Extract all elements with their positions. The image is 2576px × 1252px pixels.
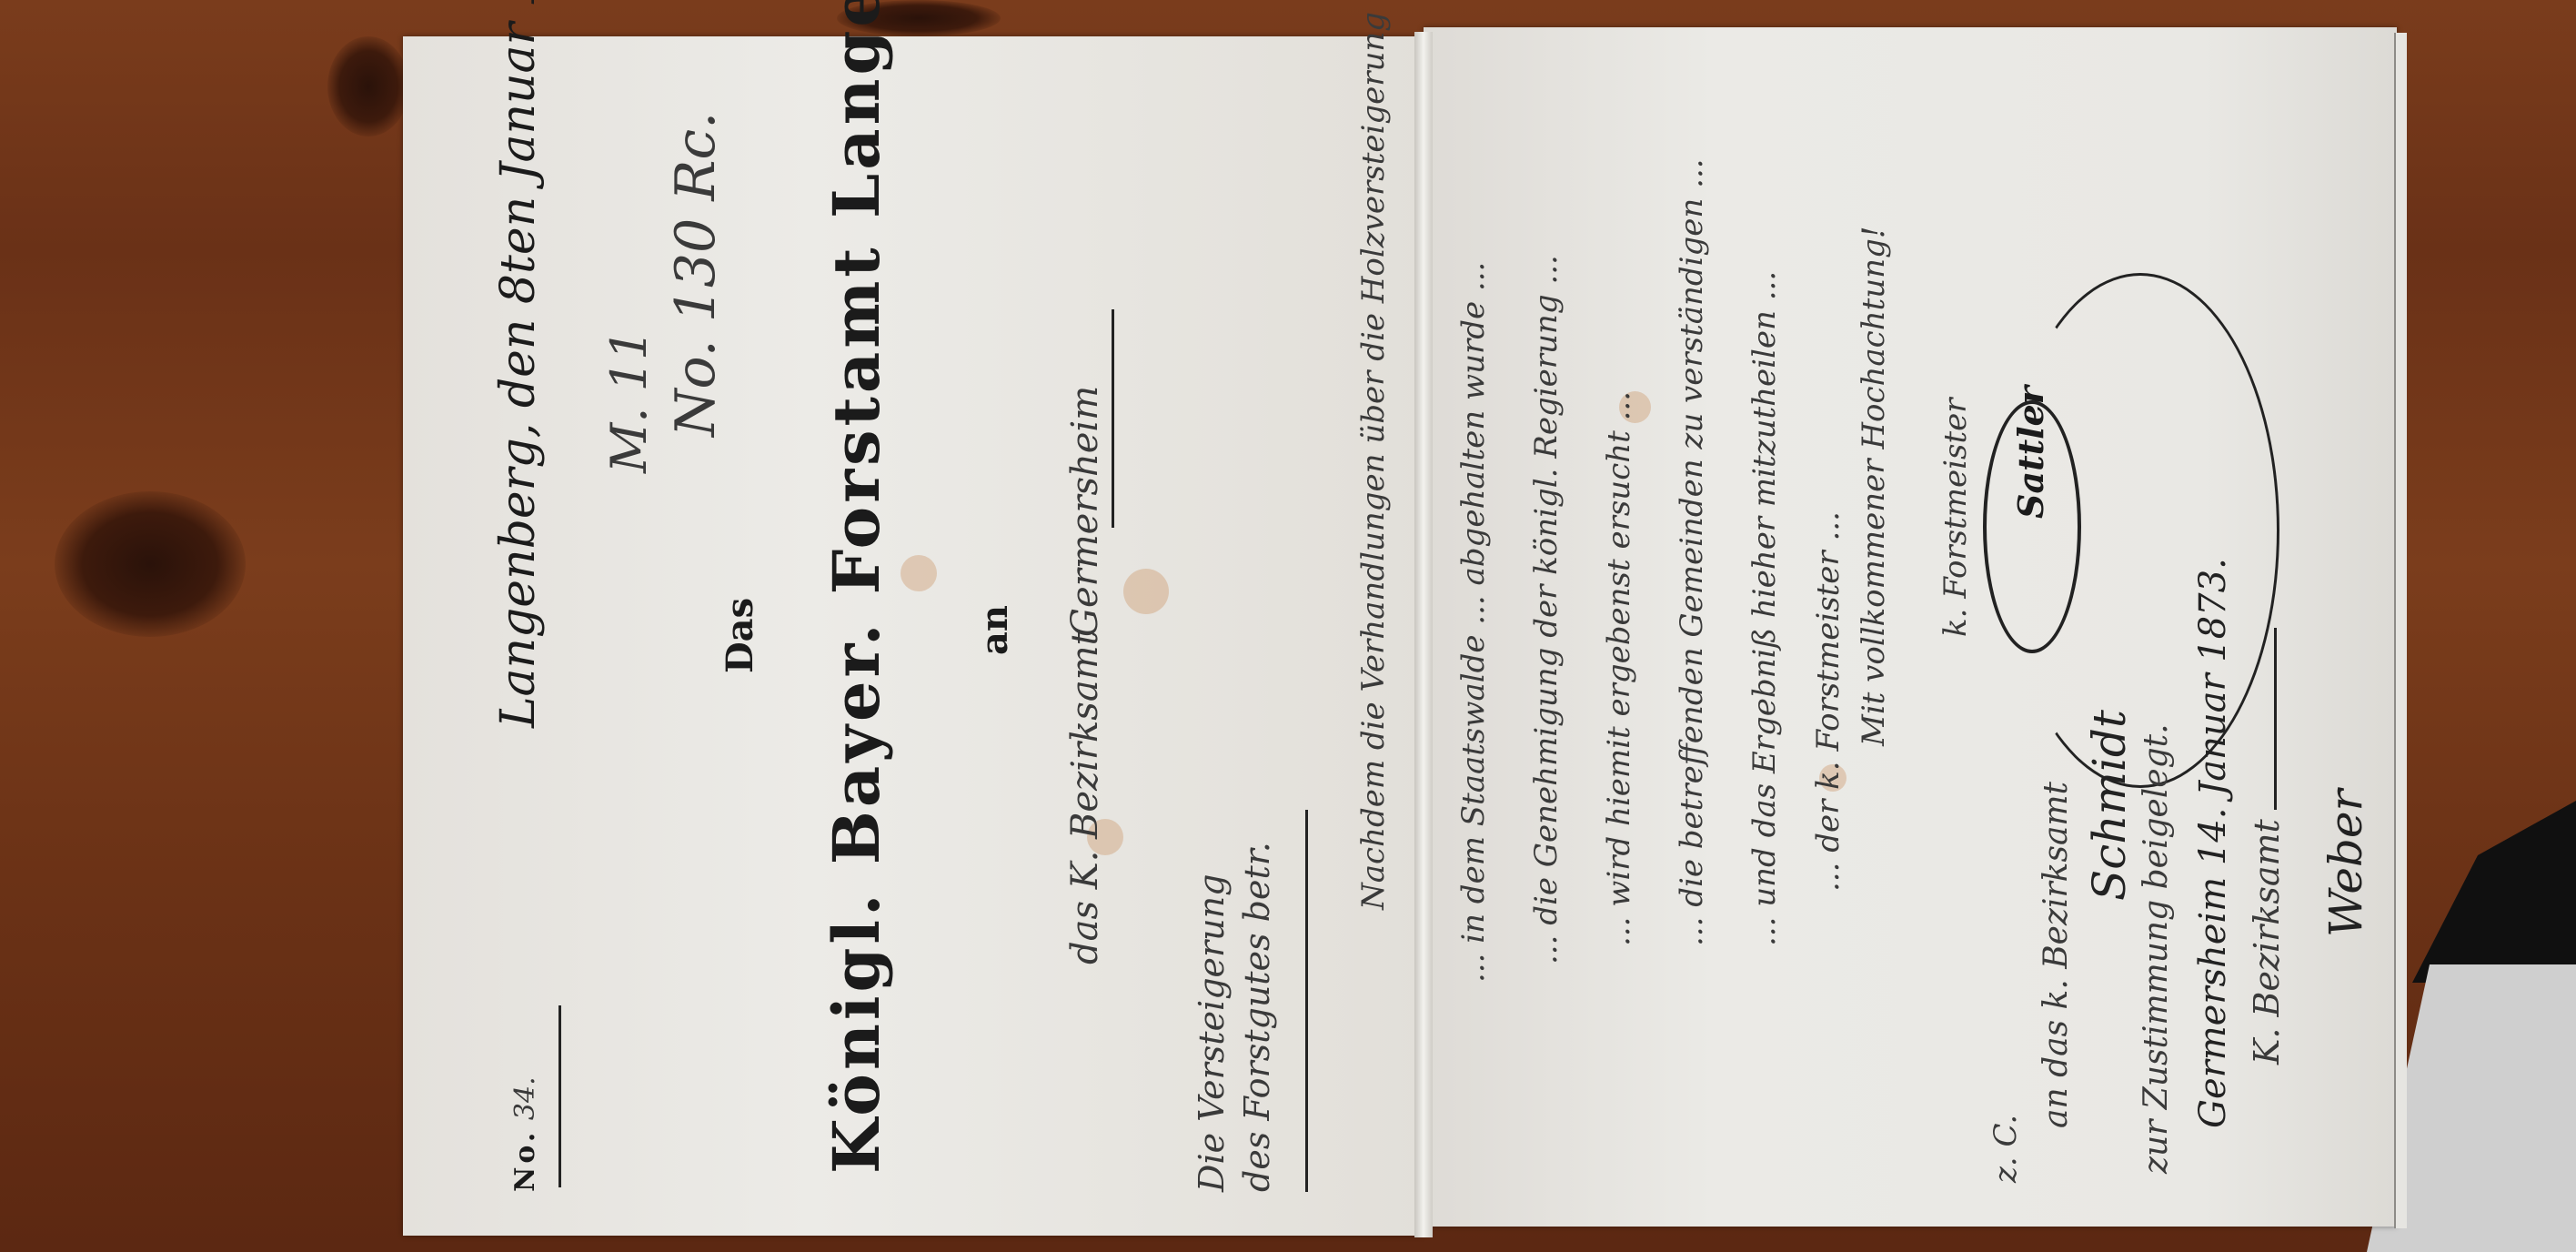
body-line: ... die Genehmigung der königl. Regierun…	[1528, 255, 1565, 964]
body-line: ... in dem Staatswalde ... abgehalten wu…	[1455, 262, 1492, 983]
reply-line3: Schmidt	[2083, 710, 2136, 901]
addressee-line2: Germersheim	[1064, 386, 1106, 637]
number-value: 34.	[509, 1076, 541, 1120]
reference-no: No. 130 Rc.	[664, 112, 728, 437]
signature-title: k. Forstmeister	[1937, 398, 1974, 637]
document-edge	[2394, 33, 2407, 1228]
body-line: Nachdem die Verhandlungen über die Holzv…	[1355, 0, 1392, 910]
document-fold	[1414, 32, 1433, 1237]
subject-line1: Die Versteigerung	[1192, 874, 1232, 1192]
number-underline	[558, 1005, 561, 1187]
foxing-stain	[1123, 569, 1169, 614]
reply-line2: an das k. Bezirksamt	[2038, 782, 2075, 1128]
body-line: ... wird hiemit ergebenst ersucht ...	[1601, 391, 1637, 946]
wood-knot	[327, 36, 409, 136]
background-shadow	[2412, 801, 2576, 983]
subject-rule	[1305, 810, 1308, 1192]
number-label: No.	[509, 1129, 541, 1192]
large-flourish	[2001, 273, 2279, 788]
office-title: Königl. Bayer. Forstamt Langenberg	[819, 0, 894, 1174]
reference-m: M. 11	[600, 329, 658, 473]
subject-line2: des Forstgutes betr.	[1237, 842, 1277, 1192]
document-number: No. 34.	[509, 1076, 541, 1192]
reply-line5: Germersheim 14. Januar 1873.	[2192, 558, 2234, 1128]
body-line: ... die betreffenden Gemeinden zu verstä…	[1674, 158, 1710, 946]
body-line: ... der k. Forstmeister ...	[1810, 511, 1846, 892]
body-line: ... und das Ergebniß hieher mitzutheilen…	[1746, 271, 1783, 946]
closing-line: Mit vollkommener Hochachtung!	[1856, 227, 1892, 747]
addressee-line1: das K. Bezirksamt	[1064, 631, 1106, 964]
foxing-stain	[901, 555, 937, 591]
reply-line1: z. C.	[1987, 1115, 2024, 1183]
an-label: an	[973, 605, 1016, 655]
reply-line6: K. Bezirksamt	[2247, 819, 2287, 1065]
reply-signature: Weber	[2319, 790, 2372, 937]
reply-rule	[2274, 628, 2277, 810]
reply-line4: zur Zustimmung beigelegt.	[2138, 723, 2175, 1174]
das-label: Das	[719, 598, 761, 673]
place-date: Langenberg, den 8ten Januar 1873.	[491, 0, 546, 728]
addressee-underline	[1112, 309, 1114, 528]
wood-knot	[55, 491, 246, 637]
